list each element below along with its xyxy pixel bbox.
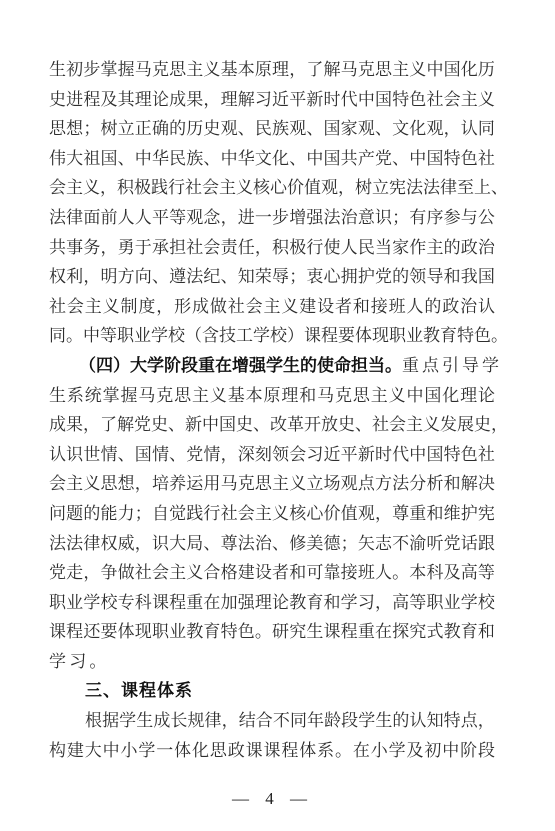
paragraph-line: 构建大中小学一体化思政课课程体系。在小学及初中阶段 — [49, 737, 495, 767]
document-page: 生初步掌握马克思主义基本原理，了解马克思主义中国化历 史进程及其理论成果，理解习… — [0, 0, 555, 831]
paragraph-line: 法法律权威，识大局、尊法治、修美德；矢志不渝听党话跟 — [49, 530, 495, 560]
section-4-lead: 重点引导学 — [402, 352, 502, 382]
paragraph-line: 课程还要体现职业教育特色。研究生课程重在探究式教育和 — [49, 618, 495, 648]
paragraph-line: 思想；树立正确的历史观、民族观、国家观、文化观，认同 — [49, 115, 495, 145]
paragraph-line: 党走，争做社会主义合格建设者和可靠接班人。本科及高等 — [49, 559, 495, 589]
section-4-title: （四）大学阶段重在增强学生的使命担当。 — [79, 352, 402, 382]
page-number: — 4 — — [0, 789, 545, 809]
paragraph-line: 法律面前人人平等观念，进一步增强法治意识；有序参与公 — [49, 204, 495, 234]
section-3-heading-line: 三、课程体系 — [49, 677, 495, 707]
paragraph-line: 会主义，积极践行社会主义核心价值观，树立宪法法律至上、 — [49, 174, 495, 204]
paragraph-line: 社会主义制度，形成做社会主义建设者和接班人的政治认 — [49, 293, 495, 323]
document-body: 生初步掌握马克思主义基本原理，了解马克思主义中国化历 史进程及其理论成果，理解习… — [49, 56, 495, 766]
paragraph-line: 权利，明方向、遵法纪、知荣辱；衷心拥护党的领导和我国 — [49, 263, 495, 293]
section-heading: 三、课程体系 — [85, 677, 193, 707]
paragraph-line: 史进程及其理论成果，理解习近平新时代中国特色社会主义 — [49, 86, 495, 116]
paragraph-line: 生系统掌握马克思主义基本原理和马克思主义中国化理论 — [49, 382, 495, 412]
paragraph-line: 会主义思想，培养运用马克思主义立场观点方法分析和解决 — [49, 470, 495, 500]
paragraph-line: 学习。 — [49, 648, 495, 678]
paragraph-line: 共事务，勇于承担社会责任，积极行使人民当家作主的政治 — [49, 234, 495, 264]
paragraph-line: 同。中等职业学校（含技工学校）课程要体现职业教育特色。 — [49, 322, 495, 352]
paragraph-line: 问题的能力；自觉践行社会主义核心价值观，尊重和维护宪 — [49, 500, 495, 530]
section-4-first-line: （四）大学阶段重在增强学生的使命担当。 重点引导学 — [49, 352, 495, 382]
paragraph-line: 生初步掌握马克思主义基本原理，了解马克思主义中国化历 — [49, 56, 495, 86]
paragraph-line: 根据学生成长规律，结合不同年龄段学生的认知特点， — [49, 707, 495, 737]
paragraph-line: 职业学校专科课程重在加强理论教育和学习，高等职业学校 — [49, 589, 495, 619]
paragraph-line: 认识世情、国情、党情，深刻领会习近平新时代中国特色社 — [49, 441, 495, 471]
paragraph-line: 伟大祖国、中华民族、中华文化、中国共产党、中国特色社 — [49, 145, 495, 175]
paragraph-line: 成果，了解党史、新中国史、改革开放史、社会主义发展史， — [49, 411, 495, 441]
